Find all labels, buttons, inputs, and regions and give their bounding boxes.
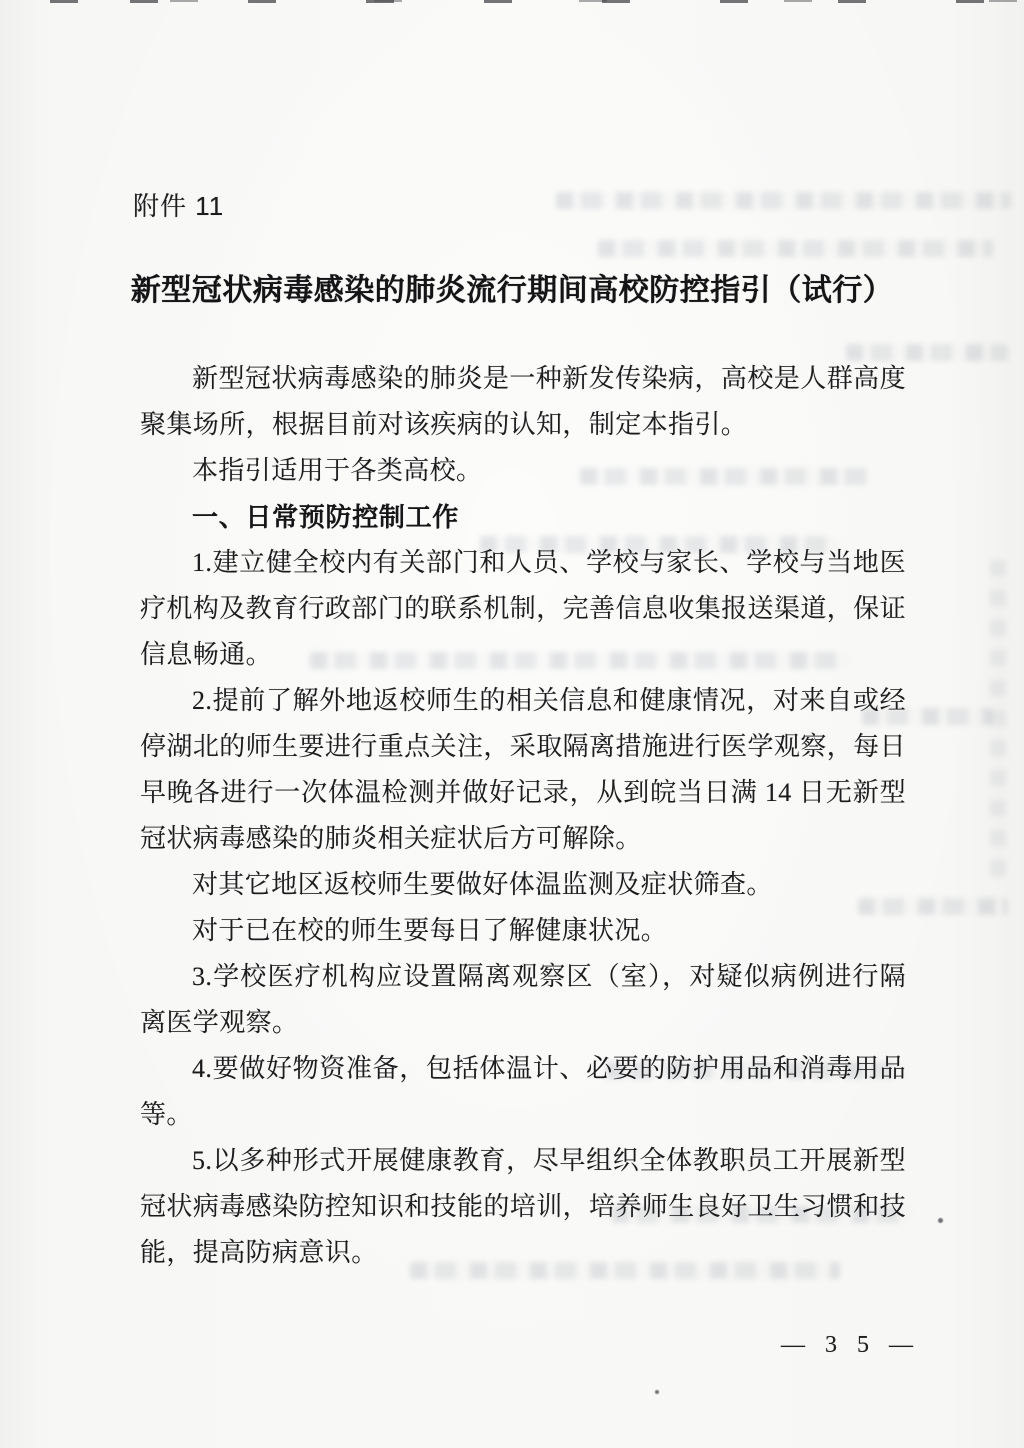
page-number: — 3 5 — — [781, 1332, 920, 1359]
scan-speck — [655, 1390, 659, 1394]
scanner-edge-artifact — [0, 0, 1024, 5]
bleedthrough-artifact — [556, 192, 1011, 209]
attachment-label: 附件 11 — [133, 186, 224, 223]
body-paragraph: 2.提前了解外地返校师生的相关信息和健康情况，对来自或经停湖北的师生要进行重点关… — [140, 678, 906, 862]
section-heading: 一、日常预防控制工作 — [140, 494, 906, 540]
body-paragraph: 对于已在校的师生要每日了解健康状况。 — [140, 908, 906, 954]
body-paragraph: 1.建立健全校内有关部门和人员、学校与家长、学校与当地医疗机构及教育行政部门的联… — [140, 540, 906, 678]
intro-paragraph: 本指引适用于各类高校。 — [140, 448, 906, 494]
scan-speck — [938, 1218, 943, 1223]
document-title: 新型冠状病毒感染的肺炎流行期间高校防控指引（试行） — [0, 272, 1024, 309]
intro-paragraph: 新型冠状病毒感染的肺炎是一种新发传染病，高校是人群高度聚集场所，根据目前对该疾病… — [140, 356, 906, 448]
body-paragraph: 5.以多种形式开展健康教育，尽早组织全体教职员工开展新型冠状病毒感染防控知识和技… — [140, 1138, 906, 1276]
body-paragraph: 3.学校医疗机构应设置隔离观察区（室），对疑似病例进行隔离医学观察。 — [140, 954, 906, 1046]
bleedthrough-artifact — [990, 560, 1006, 880]
body-paragraph: 对其它地区返校师生要做好体温监测及症状筛查。 — [140, 862, 906, 908]
body-paragraph: 4.要做好物资准备，包括体温计、必要的防护用品和消毒用品等。 — [140, 1046, 906, 1138]
bleedthrough-artifact — [598, 240, 993, 257]
document-body: 新型冠状病毒感染的肺炎是一种新发传染病，高校是人群高度聚集场所，根据目前对该疾病… — [140, 356, 906, 1276]
